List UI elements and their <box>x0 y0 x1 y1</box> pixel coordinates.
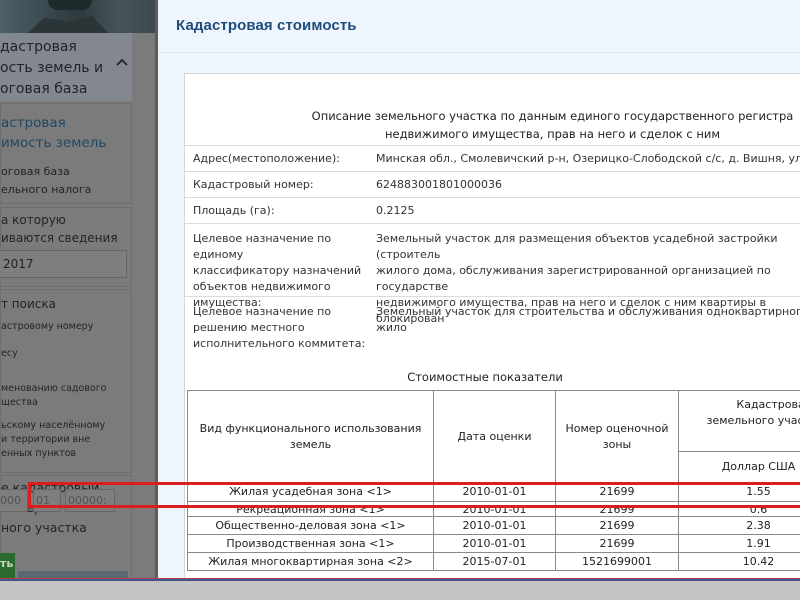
info-row-address: Адрес(местоположение): Минская обл., Смо… <box>185 145 800 171</box>
cell-zone: 1521699001 <box>556 553 679 571</box>
nav-link-tax-base[interactable]: оговая база ельного налога <box>1 163 91 199</box>
info-value: 624883001801000036 <box>376 177 800 193</box>
search-type-label: т поиска <box>1 295 56 313</box>
table-row: Общественно-деловая зона <1> 2010-01-01 … <box>188 517 800 535</box>
cell-usd: 1.55 <box>679 483 800 502</box>
info-label: Кадастровый номер: <box>193 177 375 193</box>
nav-link-cadastral-value[interactable]: астровая имость земель <box>1 113 106 153</box>
cost-table: Вид функционального использования земель… <box>187 390 800 571</box>
table-row: Жилая усадебная зона <1> 2010-01-01 2169… <box>188 483 800 502</box>
cell-usd: 1.91 <box>679 535 800 553</box>
info-row-cadastral-number: Кадастровый номер: 624883001801000036 <box>185 171 800 197</box>
header-use-type: Вид функционального использования земель <box>188 391 434 483</box>
cadastral-value-modal: Кадастровая стоимость Описание земельног… <box>158 0 800 580</box>
chevron-up-icon[interactable] <box>115 55 129 69</box>
sidebar-search-type-box: т поиска астровому номеру есу менованию … <box>0 289 132 473</box>
search-option-settlement[interactable]: ьскому населённому и территории вне енны… <box>1 419 105 461</box>
search-button[interactable]: ть <box>0 553 15 580</box>
description-title: Описание земельного участка по данным ед… <box>185 107 800 143</box>
taskbar-edge <box>0 578 800 581</box>
info-label: Площадь (га): <box>193 203 375 219</box>
cell-usd: 2.38 <box>679 517 800 535</box>
modal-content: Описание земельного участка по данным ед… <box>184 73 800 580</box>
info-row-area: Площадь (га): 0.2125 <box>185 197 800 223</box>
info-value: Земельный участок для строительства и об… <box>376 304 800 336</box>
cell-use-type: Рекреационная зона <1> <box>188 502 434 517</box>
cadastral-part-1-input[interactable]: 000 <box>0 489 28 512</box>
sidebar-nav-box: астровая имость земель оговая база ельно… <box>0 103 132 204</box>
cell-date: 2010-01-01 <box>434 517 556 535</box>
sidebar-date-box: а которую иваются сведения 2017 <box>0 207 132 287</box>
table-row: Жилая многоквартирная зона <2> 2015-07-0… <box>188 553 800 571</box>
search-option-address[interactable]: есу <box>1 347 18 361</box>
sidebar-section-title: дастровая ость земель и оговая база <box>0 37 120 100</box>
cell-date: 2010-01-01 <box>434 535 556 553</box>
modal-header: Кадастровая стоимость <box>158 0 800 53</box>
cell-usd: 10.42 <box>679 553 800 571</box>
info-label: Целевое назначение по решению местного и… <box>193 304 375 352</box>
info-row-unified-purpose: Целевое назначение по единому классифика… <box>185 223 800 296</box>
info-label: Адрес(местоположение): <box>193 151 375 167</box>
header-cadastral-cost: Кадастровая сто земельного участка п 02 <box>679 391 800 452</box>
cell-zone: 21699 <box>556 535 679 553</box>
date-select[interactable]: 2017 <box>0 250 127 278</box>
cell-date: 2010-01-01 <box>434 502 556 517</box>
info-value: Минская обл., Смолевичский р-н, Озерицко… <box>376 151 800 167</box>
header-date: Дата оценки <box>434 391 556 483</box>
cell-zone: 21699 <box>556 502 679 517</box>
cell-use-type: Общественно-деловая зона <1> <box>188 517 434 535</box>
table-row: Рекреационная зона <1> 2010-01-01 21699 … <box>188 502 800 517</box>
search-option-cadastral-number[interactable]: астровому номеру <box>1 320 93 334</box>
cell-usd: 0.6 <box>679 502 800 517</box>
cell-use-type: Жилая усадебная зона <1> <box>188 483 434 502</box>
banner-house-shape <box>28 14 108 33</box>
cell-zone: 21699 <box>556 517 679 535</box>
date-label: а которую иваются сведения <box>1 211 118 247</box>
table-row: Производственная зона <1> 2010-01-01 216… <box>188 535 800 553</box>
cadastral-part-2-input[interactable]: 01 <box>33 489 61 512</box>
cell-zone: 21699 <box>556 483 679 502</box>
cell-date: 2015-07-01 <box>434 553 556 571</box>
cost-indicators-title: Стоимостные показатели <box>185 370 785 384</box>
banner-dome-shape <box>48 0 92 10</box>
header-zone: Номер оценочной зоны <box>556 391 679 483</box>
info-value: 0.2125 <box>376 203 800 219</box>
modal-title: Кадастровая стоимость <box>176 17 357 34</box>
cell-use-type: Производственная зона <1> <box>188 535 434 553</box>
sidebar-section-header[interactable]: дастровая ость земель и оговая база <box>0 33 132 101</box>
sidebar: дастровая ость земель и оговая база астр… <box>0 0 158 580</box>
header-banner-image <box>0 0 158 33</box>
table-header-row: Вид функционального использования земель… <box>188 391 800 452</box>
search-option-garden-society[interactable]: менованию садового щества <box>1 382 107 410</box>
cadastral-part-3-input[interactable]: 00000: <box>65 489 115 512</box>
header-usd: Доллар США <box>679 452 800 483</box>
cell-date: 2010-01-01 <box>434 483 556 502</box>
cell-use-type: Жилая многоквартирная зона <2> <box>188 553 434 571</box>
info-row-local-purpose: Целевое назначение по решению местного и… <box>185 296 800 356</box>
